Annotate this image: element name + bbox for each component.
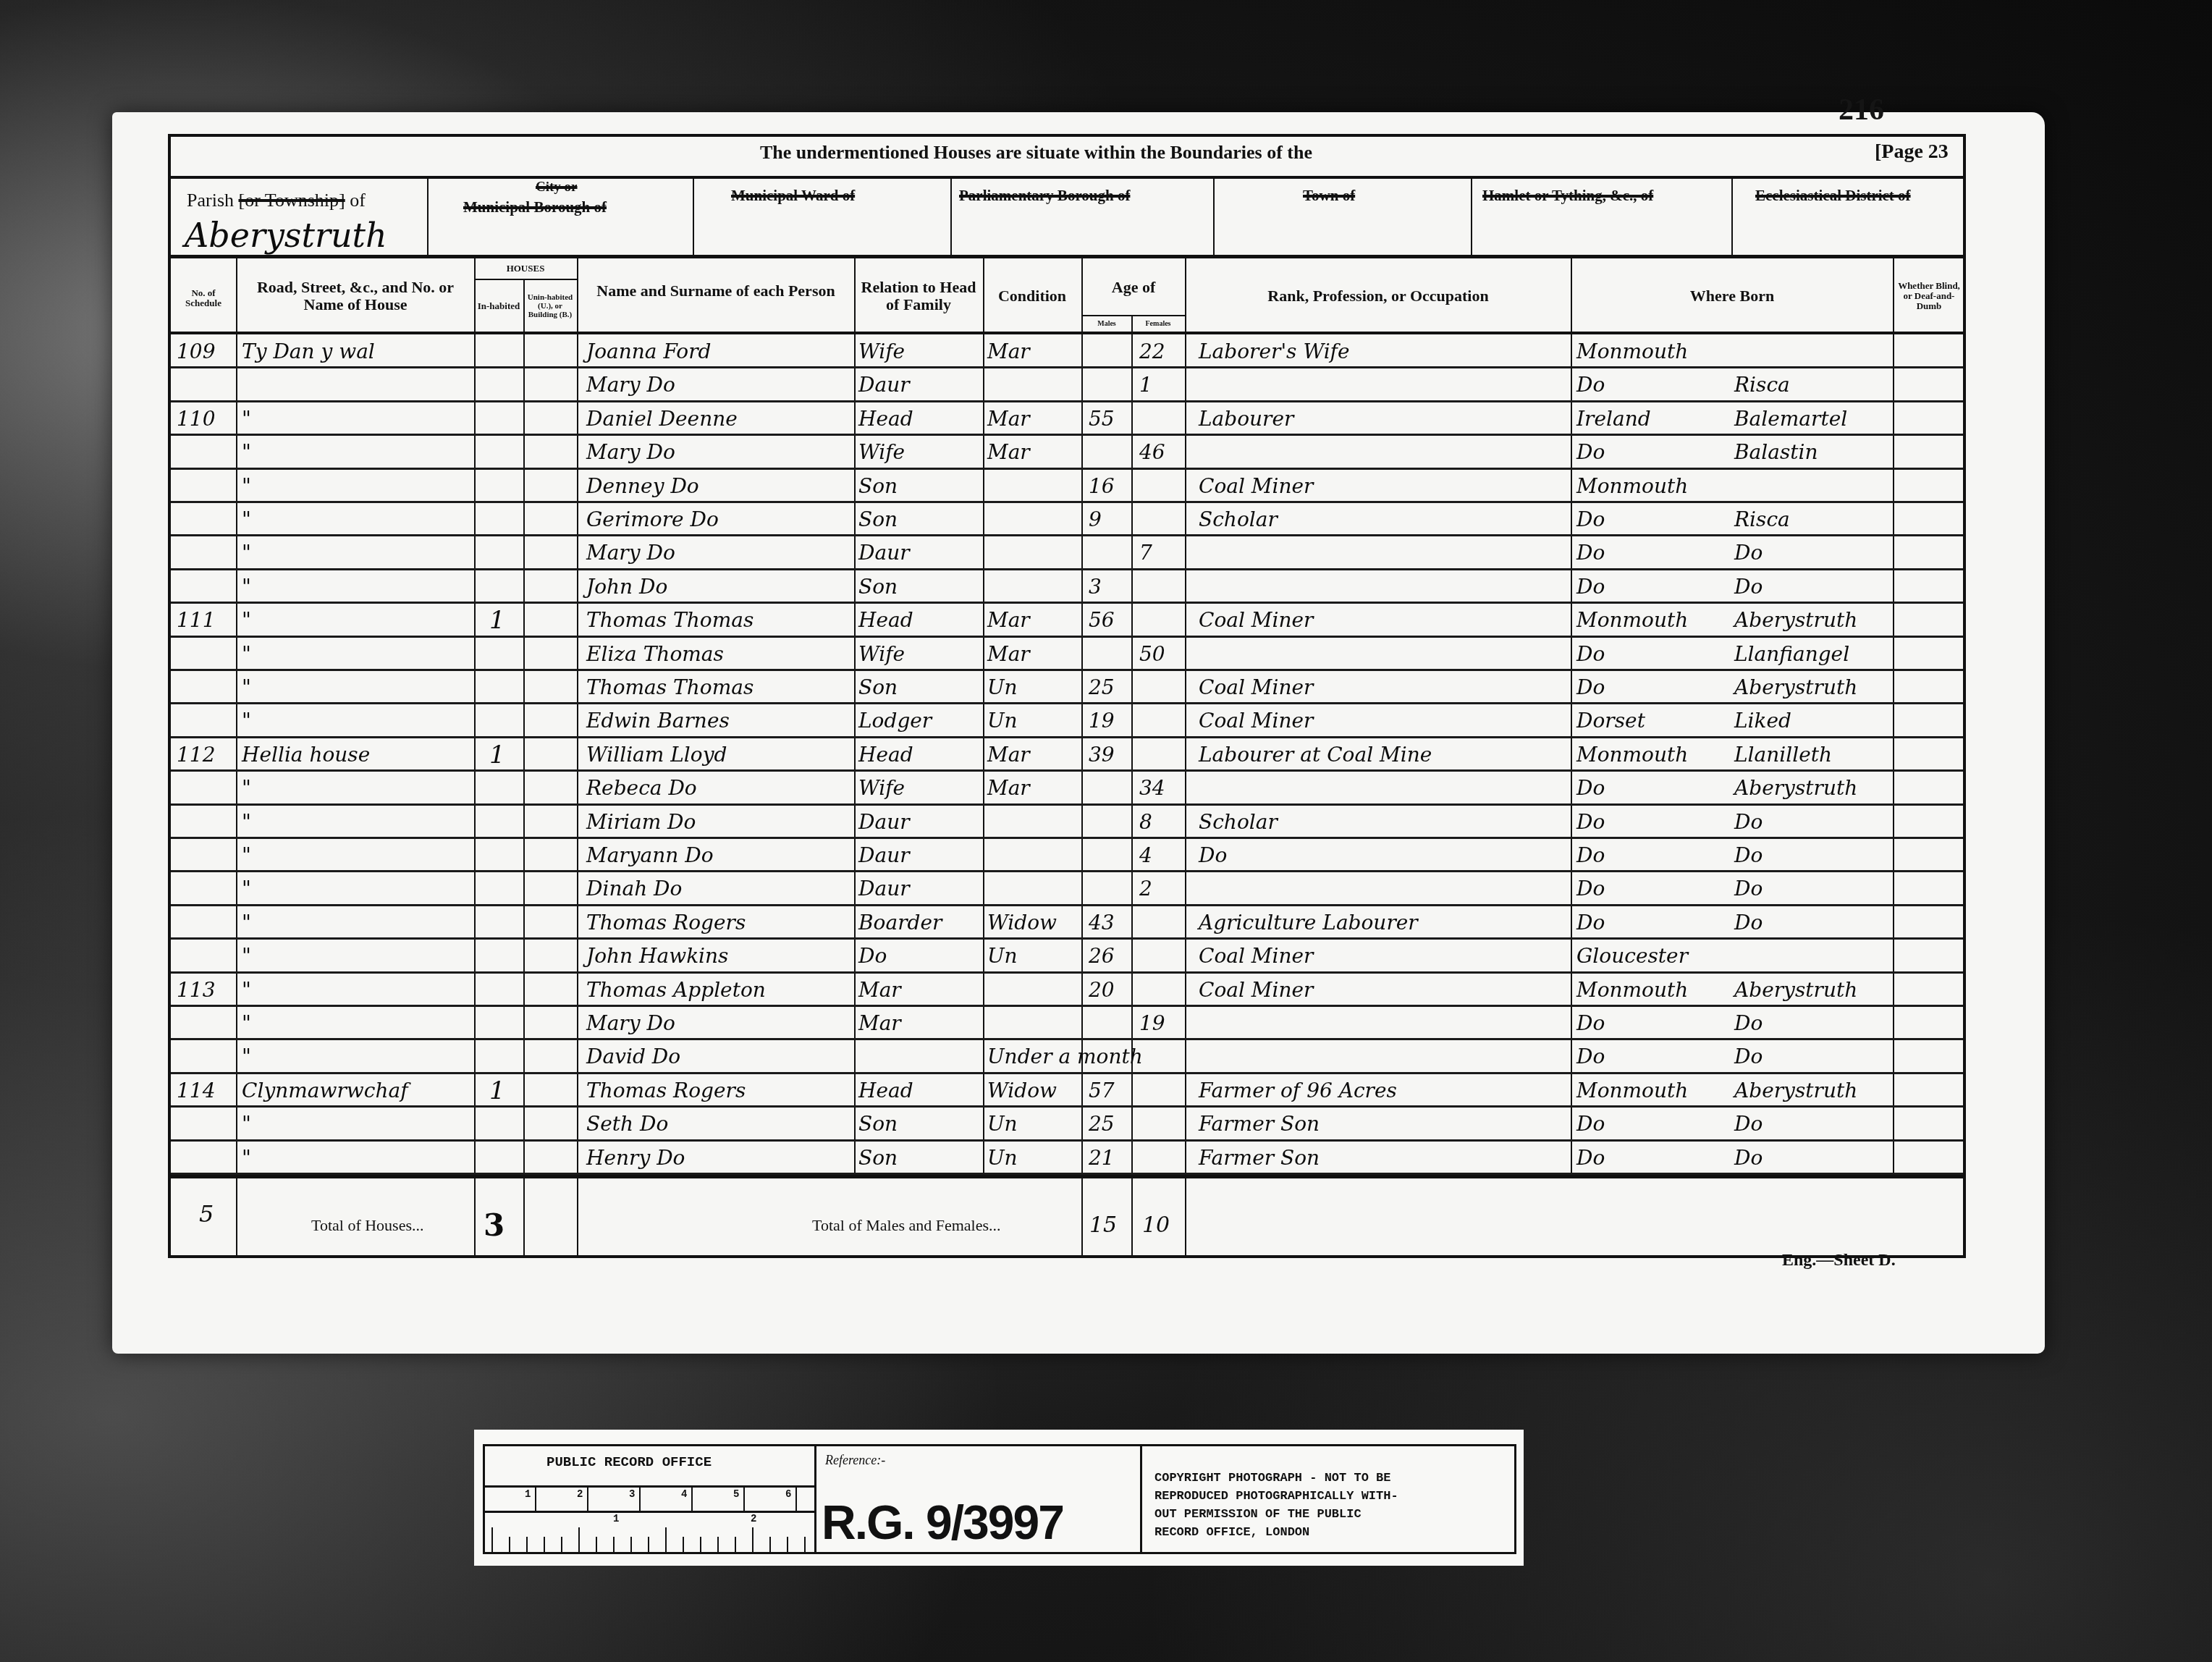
born-place: Do [1734, 536, 1894, 570]
schedule-number [177, 536, 239, 570]
occupation: Coal Miner [1199, 604, 1575, 637]
schedule-number [177, 940, 239, 973]
road-name: " [242, 638, 473, 671]
relation: Mar [858, 1007, 982, 1040]
col-blind-deaf: Whether Blind, or Deaf-and-Dumb [1894, 262, 1964, 330]
male-age: 43 [1089, 906, 1132, 940]
road-name: " [242, 470, 473, 503]
road-name: " [242, 806, 473, 839]
male-age: 25 [1089, 671, 1132, 704]
schedule-number [177, 368, 239, 402]
schedule-number [177, 806, 239, 839]
road-name: " [242, 772, 473, 805]
born-place: Do [1734, 1007, 1894, 1040]
condition [987, 536, 1081, 570]
female-age [1139, 738, 1183, 772]
road-name: " [242, 872, 473, 906]
condition: Mar [987, 738, 1081, 772]
born-county: Do [1576, 436, 1736, 469]
relation: Son [858, 671, 982, 704]
condition: Un [987, 1108, 1081, 1141]
table-row: " Edwin Barnes Lodger Un 19 Coal Miner D… [171, 704, 1963, 738]
col-schedule: No. of Schedule [172, 269, 235, 327]
occupation: Do [1199, 839, 1575, 872]
person-name: Thomas Thomas [586, 604, 854, 637]
female-age [1139, 974, 1183, 1007]
relation: Son [858, 503, 982, 536]
born-county: Monmouth [1576, 738, 1736, 772]
schedule-number [177, 503, 239, 536]
table-row: " David Do Under a month Do Do [171, 1040, 1963, 1073]
male-age [1089, 638, 1132, 671]
condition: Un [987, 671, 1081, 704]
ruler-label: 5 [733, 1489, 739, 1501]
inhabited-count [489, 470, 533, 503]
born-place: Do [1734, 1108, 1894, 1141]
born-county: Do [1576, 1108, 1736, 1141]
ruler-label: 1 [613, 1514, 619, 1525]
road-name: " [242, 974, 473, 1007]
municipal-ward-label: Municipal Ward of [731, 187, 855, 205]
born-place: Llanilleth [1734, 738, 1894, 772]
person-name: Mary Do [586, 436, 854, 469]
table-row: 113 " Thomas Appleton Mar 20 Coal Miner … [171, 974, 1963, 1007]
person-name: William Lloyd [586, 738, 854, 772]
occupation [1199, 772, 1575, 805]
relation: Son [858, 470, 982, 503]
schedule-number [177, 638, 239, 671]
born-place: Risca [1734, 503, 1894, 536]
ecclesiastical-district-label: Ecclesiastical District of [1755, 187, 1911, 205]
male-age: 21 [1089, 1142, 1132, 1175]
col-houses: HOUSES [474, 259, 577, 279]
road-name: " [242, 671, 473, 704]
female-age [1139, 1108, 1183, 1141]
town-label: Town of [1303, 187, 1355, 205]
person-name: Joanna Ford [586, 335, 854, 368]
condition: Mar [987, 335, 1081, 368]
condition: Mar [987, 638, 1081, 671]
male-age: 25 [1089, 1108, 1132, 1141]
inhabited-count [489, 1007, 533, 1040]
person-name: John Do [586, 570, 854, 604]
schedule-number: 109 [177, 335, 239, 368]
table-row: 114 Clynmawrwchaf 1 Thomas Rogers Head W… [171, 1074, 1963, 1108]
parish-value: Aberystruth [185, 210, 387, 261]
inhabited-count [489, 974, 533, 1007]
person-name: Maryann Do [586, 839, 854, 872]
total-persons-label: Total of Males and Females... [812, 1216, 1001, 1235]
born-place: Aberystruth [1734, 1074, 1894, 1108]
inhabited-count [489, 503, 533, 536]
born-place [1734, 940, 1894, 973]
occupation: Coal Miner [1199, 704, 1575, 738]
relation: Son [858, 570, 982, 604]
city-label: City or [536, 180, 578, 195]
form-title: The undermentioned Houses are situate wi… [760, 142, 1312, 164]
road-name: " [242, 1142, 473, 1175]
relation: Head [858, 738, 982, 772]
table-row: " Seth Do Son Un 25 Farmer Son Do Do [171, 1108, 1963, 1141]
occupation: Coal Miner [1199, 671, 1575, 704]
born-place: Aberystruth [1734, 604, 1894, 637]
road-name: " [242, 1007, 473, 1040]
born-county: Do [1576, 1040, 1736, 1073]
schedule-number [177, 570, 239, 604]
total-schedules: 5 [199, 1194, 214, 1234]
total-houses-value: 3 [484, 1205, 505, 1245]
born-county: Do [1576, 368, 1736, 402]
occupation [1199, 368, 1575, 402]
relation: Wife [858, 772, 982, 805]
female-age [1139, 570, 1183, 604]
road-name: " [242, 1040, 473, 1073]
inhabited-count [489, 536, 533, 570]
born-place: Do [1734, 1142, 1894, 1175]
inhabited-count [489, 940, 533, 973]
hamlet-label: Hamlet or Tything, &c., of [1482, 187, 1653, 205]
inhabited-count [489, 839, 533, 872]
born-place: Liked [1734, 704, 1894, 738]
female-age [1139, 704, 1183, 738]
female-age [1139, 470, 1183, 503]
col-occupation: Rank, Profession, or Occupation [1187, 262, 1569, 330]
female-age: 8 [1139, 806, 1183, 839]
occupation [1199, 638, 1575, 671]
road-name: " [242, 570, 473, 604]
inhabited-count [489, 570, 533, 604]
relation: Wife [858, 436, 982, 469]
occupation [1199, 872, 1575, 906]
female-age: 22 [1139, 335, 1183, 368]
parliamentary-borough-label: Parliamentary Borough of [959, 187, 1130, 205]
relation: Daur [858, 872, 982, 906]
person-name: Thomas Rogers [586, 1074, 854, 1108]
born-county: Monmouth [1576, 604, 1736, 637]
header-rule [171, 176, 1963, 179]
schedule-number [177, 1142, 239, 1175]
road-name: " [242, 906, 473, 940]
table-row: " Mary Do Wife Mar 46 Do Balastin [171, 436, 1963, 469]
occupation: Coal Miner [1199, 940, 1575, 973]
schedule-number [177, 1040, 239, 1073]
condition [987, 570, 1081, 604]
condition: Mar [987, 772, 1081, 805]
occupation: Laborer's Wife [1199, 335, 1575, 368]
col-road: Road, Street, &c., and No. or Name of Ho… [239, 262, 472, 330]
person-name: Seth Do [586, 1108, 854, 1141]
condition [987, 503, 1081, 536]
occupation [1199, 536, 1575, 570]
inhabited-count [489, 772, 533, 805]
condition: Under a month [987, 1040, 1081, 1073]
table-row: " Mary Do Mar 19 Do Do [171, 1007, 1963, 1040]
total-houses-label: Total of Houses... [311, 1216, 424, 1235]
copyright-notice: COPYRIGHT PHOTOGRAPH - NOT TO BE REPRODU… [1154, 1469, 1398, 1542]
born-county: Do [1576, 638, 1736, 671]
header-rule [171, 255, 1963, 258]
occupation [1199, 436, 1575, 469]
occupation: Farmer Son [1199, 1108, 1575, 1141]
female-age: 1 [1139, 368, 1183, 402]
female-age: 50 [1139, 638, 1183, 671]
relation: Head [858, 604, 982, 637]
ruler-label: 4 [681, 1489, 687, 1501]
born-place: Do [1734, 906, 1894, 940]
table-row: 110 " Daniel Deenne Head Mar 55 Labourer… [171, 402, 1963, 436]
public-record-office-label: PUBLIC RECORD OFFICE Reference:- R.G. 9/… [474, 1430, 1524, 1566]
schedule-number [177, 436, 239, 469]
born-county: Do [1576, 772, 1736, 805]
ruler-label: 6 [785, 1489, 791, 1501]
relation: Wife [858, 335, 982, 368]
female-age [1139, 671, 1183, 704]
person-name: Dinah Do [586, 872, 854, 906]
born-place: Do [1734, 872, 1894, 906]
ruler-label: 2 [577, 1489, 583, 1501]
female-age [1139, 906, 1183, 940]
born-county: Do [1576, 570, 1736, 604]
table-row: " Rebeca Do Wife Mar 34 Do Aberystruth [171, 772, 1963, 805]
male-age [1089, 806, 1132, 839]
person-name: Miriam Do [586, 806, 854, 839]
condition [987, 470, 1081, 503]
relation: Daur [858, 839, 982, 872]
relation: Son [858, 1108, 982, 1141]
inhabited-count [489, 1142, 533, 1175]
person-name: Daniel Deenne [586, 402, 854, 436]
female-age [1139, 1040, 1183, 1073]
born-county: Gloucester [1576, 940, 1736, 973]
condition: Un [987, 940, 1081, 973]
born-place: Do [1734, 570, 1894, 604]
male-age: 56 [1089, 604, 1132, 637]
person-name: Edwin Barnes [586, 704, 854, 738]
person-name: David Do [586, 1040, 854, 1073]
col-relation: Relation to Head of Family [856, 262, 982, 330]
schedule-number [177, 772, 239, 805]
schedule-number: 112 [177, 738, 239, 772]
condition: Mar [987, 604, 1081, 637]
col-age: Age of [1083, 262, 1184, 313]
born-place: Aberystruth [1734, 772, 1894, 805]
male-age: 19 [1089, 704, 1132, 738]
occupation [1199, 1007, 1575, 1040]
relation: Head [858, 402, 982, 436]
male-age: 3 [1089, 570, 1132, 604]
parish-label: Parish [or Township] of [187, 190, 366, 211]
table-row: " Thomas Thomas Son Un 25 Coal Miner Do … [171, 671, 1963, 704]
born-county: Ireland [1576, 402, 1736, 436]
male-age [1089, 1007, 1132, 1040]
male-age [1089, 839, 1132, 872]
col-males: Males [1082, 316, 1131, 331]
born-place: Balemartel [1734, 402, 1894, 436]
road-name [242, 368, 473, 402]
occupation: Farmer of 96 Acres [1199, 1074, 1575, 1108]
road-name: " [242, 1108, 473, 1141]
female-age: 2 [1139, 872, 1183, 906]
col-uninhabited: Unin-habited (U.), or Building (B.) [524, 281, 576, 332]
table-row: " Gerimore Do Son 9 Scholar Do Risca [171, 503, 1963, 536]
table-row: 111 " 1 Thomas Thomas Head Mar 56 Coal M… [171, 604, 1963, 637]
ruler-label: 2 [751, 1514, 756, 1525]
born-county: Monmouth [1576, 470, 1736, 503]
road-name: " [242, 436, 473, 469]
person-name: Denney Do [586, 470, 854, 503]
table-row: " Henry Do Son Un 21 Farmer Son Do Do [171, 1142, 1963, 1175]
inhabited-count: 1 [489, 604, 533, 637]
occupation: Labourer [1199, 402, 1575, 436]
condition [987, 368, 1081, 402]
person-name: Eliza Thomas [586, 638, 854, 671]
schedule-number [177, 671, 239, 704]
female-age: 34 [1139, 772, 1183, 805]
schedule-number [177, 704, 239, 738]
schedule-number [177, 839, 239, 872]
road-name: Ty Dan y wal [242, 335, 473, 368]
condition [987, 839, 1081, 872]
condition: Un [987, 704, 1081, 738]
condition: Widow [987, 906, 1081, 940]
male-age [1089, 1040, 1132, 1073]
condition [987, 872, 1081, 906]
table-row: " Miriam Do Daur 8 Scholar Do Do [171, 806, 1963, 839]
born-county: Do [1576, 906, 1736, 940]
born-place: Llanfiangel [1734, 638, 1894, 671]
inhabited-count [489, 638, 533, 671]
schedule-number: 110 [177, 402, 239, 436]
col-name: Name and Surname of each Person [579, 262, 853, 320]
male-age: 39 [1089, 738, 1132, 772]
born-county: Do [1576, 872, 1736, 906]
inhabited-count [489, 1108, 533, 1141]
relation: Lodger [858, 704, 982, 738]
occupation [1199, 570, 1575, 604]
sheet-label: Eng.—Sheet D. [1782, 1251, 1896, 1270]
condition: Mar [987, 436, 1081, 469]
inhabited-count [489, 335, 533, 368]
born-county: Monmouth [1576, 335, 1736, 368]
table-row: " Maryann Do Daur 4 Do Do Do [171, 839, 1963, 872]
relation [858, 1040, 982, 1073]
relation: Mar [858, 974, 982, 1007]
table-row: " Eliza Thomas Wife Mar 50 Do Llanfiange… [171, 638, 1963, 671]
schedule-number [177, 1108, 239, 1141]
occupation [1199, 1040, 1575, 1073]
born-place: Do [1734, 839, 1894, 872]
female-age [1139, 1074, 1183, 1108]
occupation: Coal Miner [1199, 974, 1575, 1007]
inhabited-count [489, 368, 533, 402]
office-name: PUBLIC RECORD OFFICE [546, 1454, 712, 1470]
male-age: 55 [1089, 402, 1132, 436]
relation: Do [858, 940, 982, 973]
female-age: 7 [1139, 536, 1183, 570]
male-age: 9 [1089, 503, 1132, 536]
totals-rule [171, 1175, 1963, 1178]
female-age: 19 [1139, 1007, 1183, 1040]
condition [987, 806, 1081, 839]
relation: Daur [858, 368, 982, 402]
person-name: Henry Do [586, 1142, 854, 1175]
table-row: 109 Ty Dan y wal Joanna Ford Wife Mar 22… [171, 335, 1963, 368]
condition: Widow [987, 1074, 1081, 1108]
person-name: John Hawkins [586, 940, 854, 973]
road-name: " [242, 402, 473, 436]
road-name: " [242, 704, 473, 738]
road-name: " [242, 839, 473, 872]
col-condition: Condition [984, 262, 1080, 330]
inhabited-count [489, 1040, 533, 1073]
road-name: " [242, 940, 473, 973]
male-age: 16 [1089, 470, 1132, 503]
condition [987, 974, 1081, 1007]
relation: Head [858, 1074, 982, 1108]
reference-label: Reference:- [825, 1453, 885, 1468]
born-county: Do [1576, 1007, 1736, 1040]
born-county: Dorset [1576, 704, 1736, 738]
relation: Wife [858, 638, 982, 671]
inhabited-count: 1 [489, 1074, 533, 1108]
col-where-born: Where Born [1572, 262, 1892, 330]
born-county: Do [1576, 536, 1736, 570]
person-name: Rebeca Do [586, 772, 854, 805]
female-age [1139, 604, 1183, 637]
born-place: Aberystruth [1734, 974, 1894, 1007]
schedule-number [177, 470, 239, 503]
occupation: Coal Miner [1199, 470, 1575, 503]
relation: Daur [858, 536, 982, 570]
inhabited-count [489, 806, 533, 839]
inhabited-count: 1 [489, 738, 533, 772]
male-age [1089, 772, 1132, 805]
person-name: Mary Do [586, 368, 854, 402]
schedule-number [177, 906, 239, 940]
inhabited-count [489, 671, 533, 704]
table-row: " Thomas Rogers Boarder Widow 43 Agricul… [171, 906, 1963, 940]
born-place: Do [1734, 1040, 1894, 1073]
condition [987, 1007, 1081, 1040]
born-county: Do [1576, 671, 1736, 704]
born-place: Balastin [1734, 436, 1894, 469]
born-place [1734, 335, 1894, 368]
female-age: 4 [1139, 839, 1183, 872]
col-females: Females [1132, 316, 1184, 331]
total-females: 10 [1142, 1205, 1170, 1245]
road-name: Hellia house [242, 738, 473, 772]
municipal-borough-label: Municipal Borough of [463, 198, 607, 216]
table-row: " John Do Son 3 Do Do [171, 570, 1963, 604]
person-name: Thomas Appleton [586, 974, 854, 1007]
inhabited-count [489, 402, 533, 436]
person-name: Mary Do [586, 1007, 854, 1040]
born-county: Monmouth [1576, 1074, 1736, 1108]
born-county: Do [1576, 1142, 1736, 1175]
ruler-label: 3 [629, 1489, 635, 1501]
table-row: " Mary Do Daur 7 Do Do [171, 536, 1963, 570]
table-row: 112 Hellia house 1 William Lloyd Head Ma… [171, 738, 1963, 772]
table-row: " Dinah Do Daur 2 Do Do [171, 872, 1963, 906]
born-county: Do [1576, 503, 1736, 536]
relation: Boarder [858, 906, 982, 940]
occupation: Scholar [1199, 806, 1575, 839]
schedule-number: 113 [177, 974, 239, 1007]
road-name: " [242, 503, 473, 536]
relation: Daur [858, 806, 982, 839]
schedule-number: 111 [177, 604, 239, 637]
born-county: Do [1576, 839, 1736, 872]
